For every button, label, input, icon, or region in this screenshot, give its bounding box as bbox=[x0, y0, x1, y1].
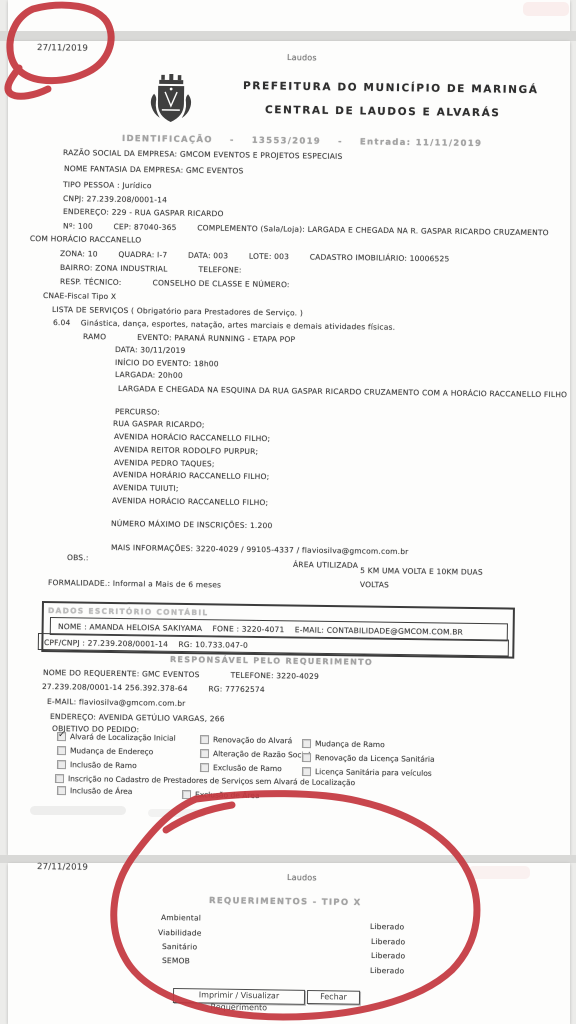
field-evento-inicio: INÍCIO DO EVENTO: 18h00 bbox=[115, 358, 219, 368]
org-title-line2: CENTRAL DE LAUDOS E ALVARÁS bbox=[265, 106, 501, 118]
checkbox-label: Alvará de Localização Inicial bbox=[70, 732, 176, 742]
fechar-button[interactable]: Fechar bbox=[307, 990, 360, 1005]
objetivo-row: Exclusão de Área bbox=[182, 790, 260, 800]
requerimento-label: Viabilidade bbox=[158, 928, 202, 938]
checkbox-exclusao-ramo[interactable] bbox=[200, 763, 209, 772]
requerimento-status: Liberado bbox=[370, 922, 404, 931]
objetivo-row: Inclusão de Ramo bbox=[57, 760, 137, 770]
objetivo-row: Alvará de Localização Inicial bbox=[57, 732, 176, 743]
laudos-watermark: Laudos bbox=[287, 53, 317, 62]
checkbox-label: Inclusão de Área bbox=[70, 786, 133, 796]
field-cnpj: CNPJ: 27.239.208/0001-14 bbox=[63, 194, 167, 204]
laudos-watermark: Laudos bbox=[287, 873, 317, 882]
maringa-coat-of-arms-icon bbox=[148, 74, 195, 125]
checkbox-mudanca-endereco[interactable] bbox=[57, 746, 66, 755]
checkbox-inscricao-cadastro-prestadores[interactable] bbox=[55, 774, 64, 783]
checkbox-renovacao-licenca-sanitaria[interactable] bbox=[302, 753, 311, 762]
objetivo-row: Mudança de Ramo bbox=[302, 739, 385, 749]
objetivo-row: Inclusão de Área bbox=[57, 786, 133, 796]
print-date: 27/11/2019 bbox=[37, 44, 88, 54]
requerimento-label: SEMOB bbox=[162, 956, 190, 965]
objetivo-row: Exclusão de Ramo bbox=[200, 763, 282, 773]
label-obs: OBS.: bbox=[67, 553, 89, 562]
requerimento-label: Sanitário bbox=[162, 942, 197, 951]
percurso-street: AVENIDA TUIUTI; bbox=[113, 483, 179, 493]
label-area-utilizada: ÁREA UTILIZADA bbox=[293, 560, 358, 570]
checkbox-inclusao-area[interactable] bbox=[57, 786, 66, 795]
label-percurso: PERCURSO: bbox=[115, 407, 160, 417]
checkbox-inclusao-ramo[interactable] bbox=[57, 760, 66, 769]
checkbox-label: Inclusão de Ramo bbox=[70, 760, 137, 770]
checkbox-renovacao-alvara[interactable] bbox=[200, 735, 209, 744]
requerimento-status: Liberado bbox=[371, 951, 405, 960]
checkbox-label: Alteração de Razão Social bbox=[213, 749, 310, 759]
field-evento-largada: LARGADA: 20h00 bbox=[115, 370, 183, 380]
objetivo-row: Renovação do Alvará bbox=[200, 735, 292, 745]
checkbox-label: Licença Sanitária para veículos bbox=[315, 767, 432, 778]
checkbox-label: Renovação do Alvará bbox=[213, 735, 292, 745]
field-cnae: CNAE-Fiscal Tipo X bbox=[43, 291, 116, 301]
objetivo-row: Mudança de Endereço bbox=[57, 746, 153, 756]
checkbox-label: Renovação da Licença Sanitária bbox=[315, 753, 435, 764]
checkbox-alvara-localizacao-inicial[interactable] bbox=[57, 732, 66, 741]
field-tipo-pessoa: TIPO PESSOA : Jurídico bbox=[63, 180, 152, 190]
previous-page-edge bbox=[8, 0, 570, 31]
print-date: 27/11/2019 bbox=[37, 863, 88, 873]
checkbox-alteracao-razao-social[interactable] bbox=[200, 749, 209, 758]
page-gap bbox=[0, 31, 576, 41]
objetivo-row: Renovação da Licença Sanitária bbox=[302, 753, 435, 764]
checkbox-label: Mudança de Ramo bbox=[315, 739, 385, 749]
value-area-utilizada: 5 KM UMA VOLTA E 10KM DUAS VOLTAS bbox=[360, 564, 492, 594]
field-evento-data: DATA: 30/11/2019 bbox=[115, 345, 186, 355]
objetivo-row: Licença Sanitária para veículos bbox=[302, 767, 432, 778]
percurso-street: AVENIDA PEDRO TAQUES; bbox=[114, 458, 215, 468]
checkbox-label: Exclusão de Ramo bbox=[213, 763, 282, 773]
percurso-street: RUA GASPAR RICARDO; bbox=[113, 419, 205, 429]
requerimento-status: Liberado bbox=[370, 966, 404, 975]
checkbox-exclusao-area[interactable] bbox=[182, 790, 191, 799]
checkbox-mudanca-ramo[interactable] bbox=[302, 739, 311, 748]
imprimir-visualizar-requerimento-button[interactable]: Imprimir / Visualizar Requerimento bbox=[173, 988, 305, 1005]
requerimento-label: Ambiental bbox=[161, 913, 201, 923]
field-requerente-email: E-MAIL: flaviosilva@gmcom.com.br bbox=[47, 697, 186, 708]
checkbox-licenca-sanitaria-veiculos[interactable] bbox=[302, 767, 311, 776]
requerimento-status: Liberado bbox=[371, 937, 405, 946]
scanned-document-screenshot: 27/11/2019 Laudos PREFEITURA DO MUNICÍPI… bbox=[0, 0, 576, 1024]
objetivo-row: Alteração de Razão Social bbox=[200, 749, 310, 760]
checkbox-label: Exclusão de Área bbox=[195, 790, 260, 800]
checkbox-label: Mudança de Endereço bbox=[70, 746, 153, 756]
